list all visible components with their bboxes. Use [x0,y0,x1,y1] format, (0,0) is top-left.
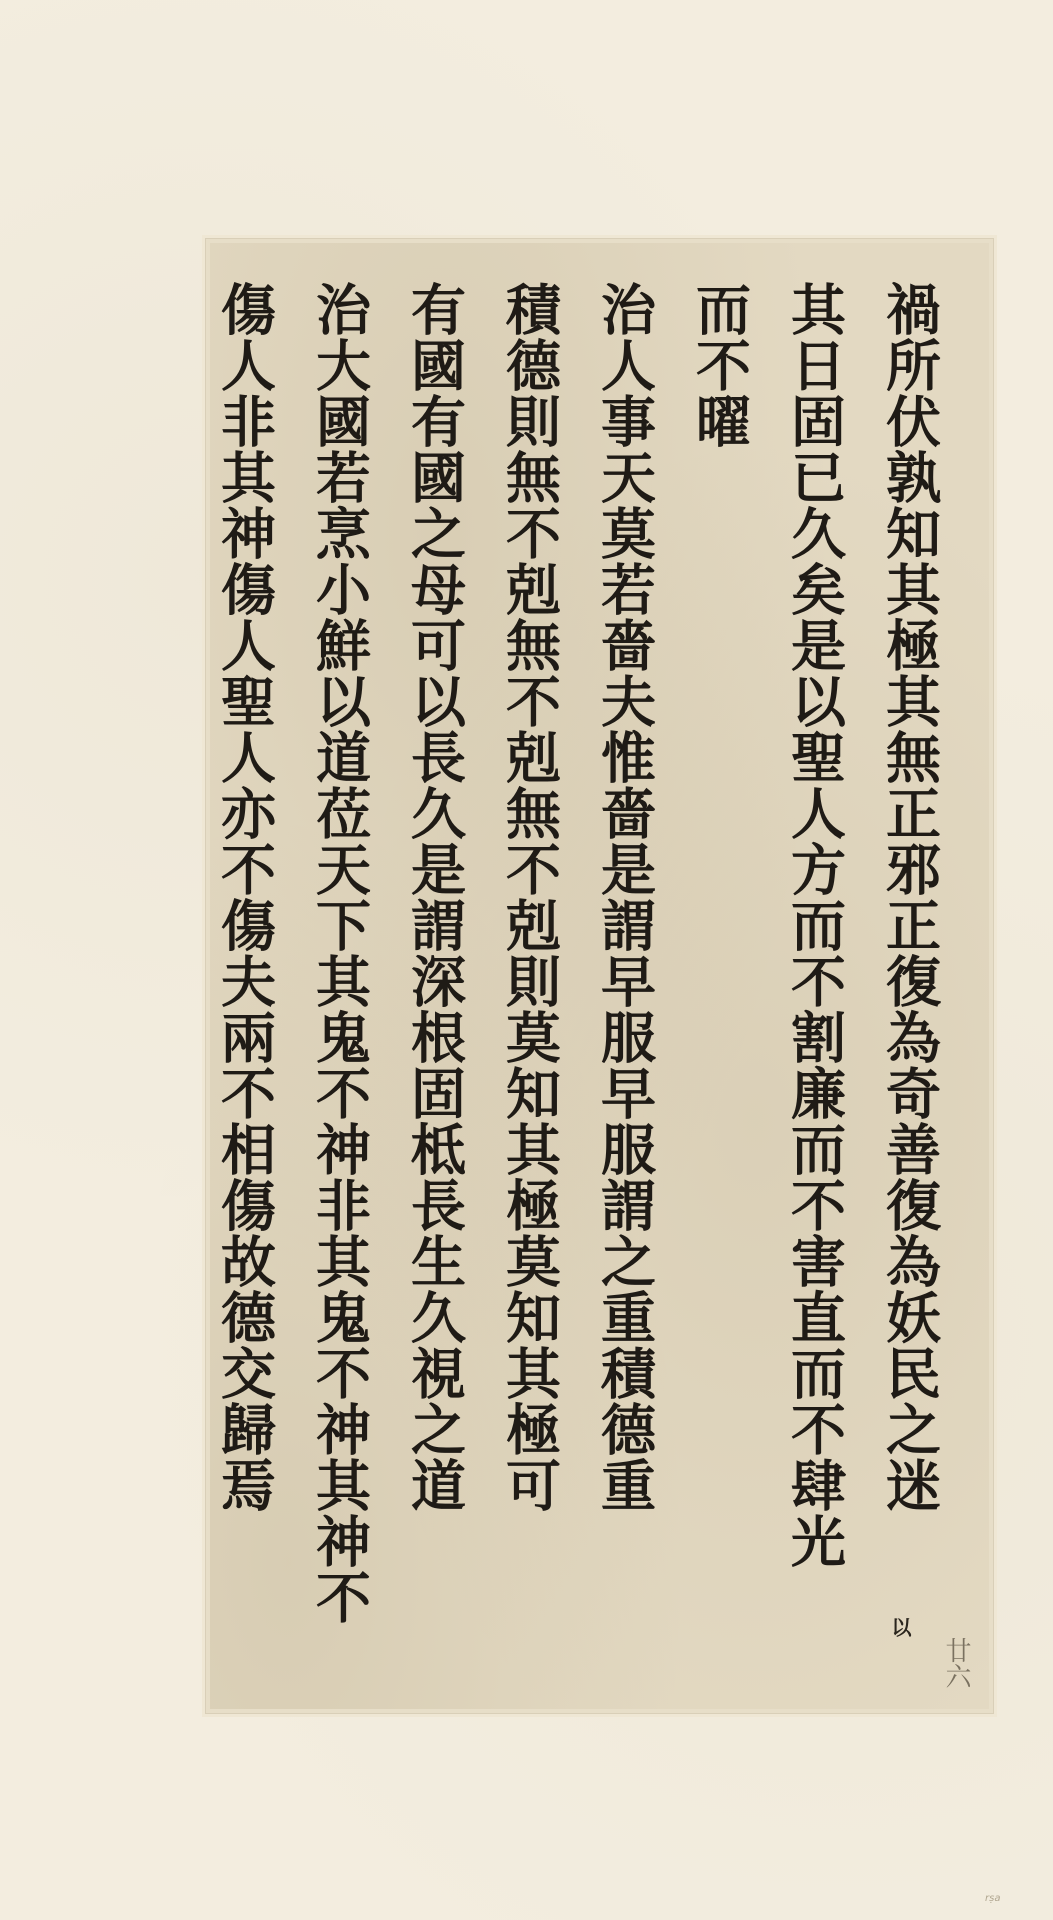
column-4: 治人事天莫若嗇夫惟嗇是謂早服早服謂之重積德重 [577,281,672,1625]
column-7: 治大國若烹小鮮以道莅天下其鬼不神非其鬼不神其神不 [292,281,387,1625]
page-number: 廿六 [938,1637,975,1689]
column-3: 而不曜 [672,281,767,1625]
column-6: 有國有國之母可以長久是謂深根固柢長生久視之道 [387,281,482,1625]
interlinear-note: 以 [886,1617,915,1637]
column-1: 禍所伏孰知其極其無正邪正復為奇善復為妖民之迷 [862,281,957,1625]
column-2: 其日固已久矣是以聖人方而不割廉而不害直而不肆光 [767,281,862,1625]
calligraphy-paper: 禍所伏孰知其極其無正邪正復為奇善復為妖民之迷 其日固已久矣是以聖人方而不割廉而不… [210,243,989,1709]
column-8: 傷人非其神傷人聖人亦不傷夫兩不相傷故德交歸焉 [197,281,292,1625]
column-5: 積德則無不剋無不剋無不剋則莫知其極莫知其極可 [482,281,577,1625]
album-leaf-mount: 禍所伏孰知其極其無正邪正復為奇善復為妖民之迷 其日固已久矣是以聖人方而不割廉而不… [205,238,994,1714]
text-columns: 禍所伏孰知其極其無正邪正復為奇善復為妖民之迷 其日固已久矣是以聖人方而不割廉而不… [197,281,957,1625]
corner-mark: rṣa [985,1893,1000,1904]
